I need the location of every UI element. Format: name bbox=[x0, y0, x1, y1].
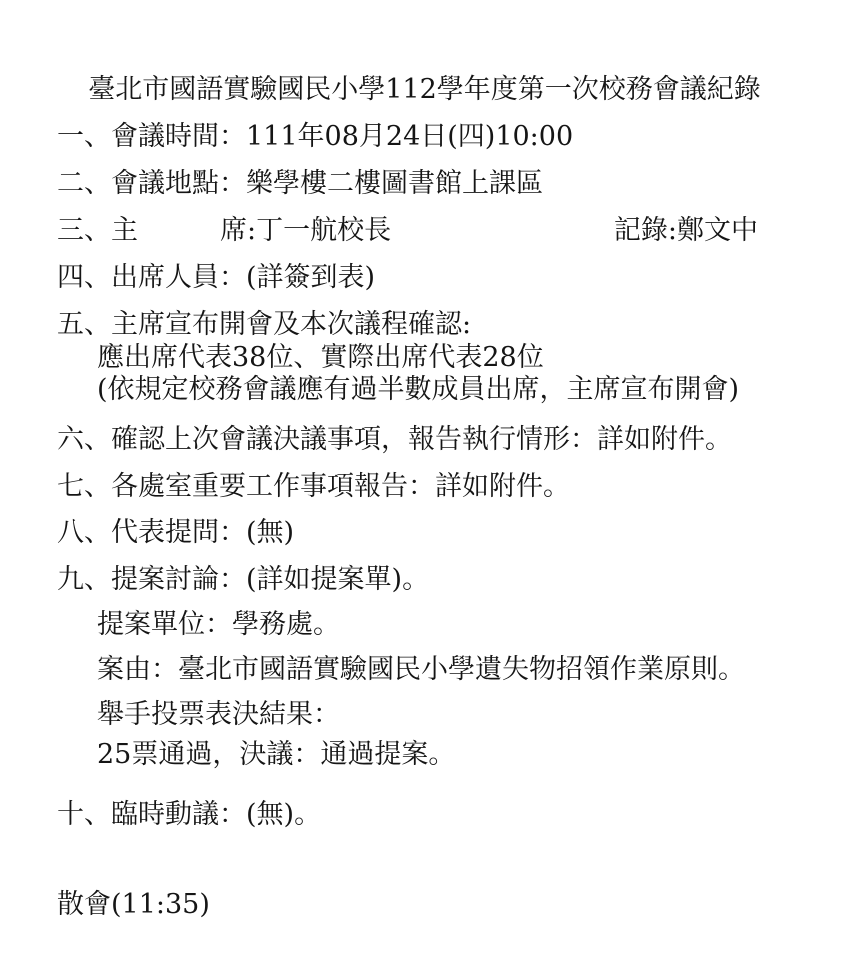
recorder-name: 記錄:鄭文中 bbox=[614, 216, 758, 246]
adjournment: 散會(11:35) bbox=[57, 890, 819, 920]
meeting-minutes-page: 臺北市國語實驗國民小學112學年度第一次校務會議紀錄 一、會議時間：111年08… bbox=[0, 0, 849, 973]
proposal-subject: 案由：臺北市國語實驗國民小學遺失物招領作業原則。 bbox=[57, 655, 819, 685]
announcement-attendance-count: 應出席代表38位、實際出席代表28位 bbox=[57, 343, 819, 373]
item-meeting-time: 一、會議時間：111年08月24日(四)10:00 bbox=[57, 122, 819, 152]
item-representative-questions: 八、代表提問：(無) bbox=[57, 518, 819, 548]
chair-label-prefix: 三、主 bbox=[57, 216, 138, 246]
item-meeting-location: 二、會議地點：樂學樓二樓圖書館上課區 bbox=[57, 169, 819, 199]
vote-result: 25票通過，決議：通過提案。 bbox=[57, 740, 819, 770]
announcement-quorum-note: (依規定校務會議應有過半數成員出席，主席宣布開會) bbox=[57, 375, 819, 405]
chair-name: 席:丁一航校長 bbox=[220, 216, 391, 246]
vote-header: 舉手投票表決結果： bbox=[57, 700, 819, 730]
item-chair-and-recorder: 三、主 席:丁一航校長 記錄:鄭文中 bbox=[57, 216, 758, 246]
item-office-reports: 七、各處室重要工作事項報告：詳如附件。 bbox=[57, 472, 819, 502]
item-previous-resolutions: 六、確認上次會議決議事項，報告執行情形：詳如附件。 bbox=[57, 425, 819, 455]
document-body: 一、會議時間：111年08月24日(四)10:00 二、會議地點：樂學樓二樓圖書… bbox=[0, 122, 849, 920]
document-title: 臺北市國語實驗國民小學112學年度第一次校務會議紀錄 bbox=[0, 68, 849, 112]
item-announcement: 五、主席宣布開會及本次議程確認: bbox=[57, 310, 819, 340]
item-proposal-discussion: 九、提案討論：(詳如提案單)。 bbox=[57, 565, 819, 595]
proposal-unit: 提案單位：學務處。 bbox=[57, 610, 819, 640]
item-attendees: 四、出席人員：(詳簽到表) bbox=[57, 263, 819, 293]
item-extempore-motions: 十、臨時動議：(無)。 bbox=[57, 800, 819, 830]
